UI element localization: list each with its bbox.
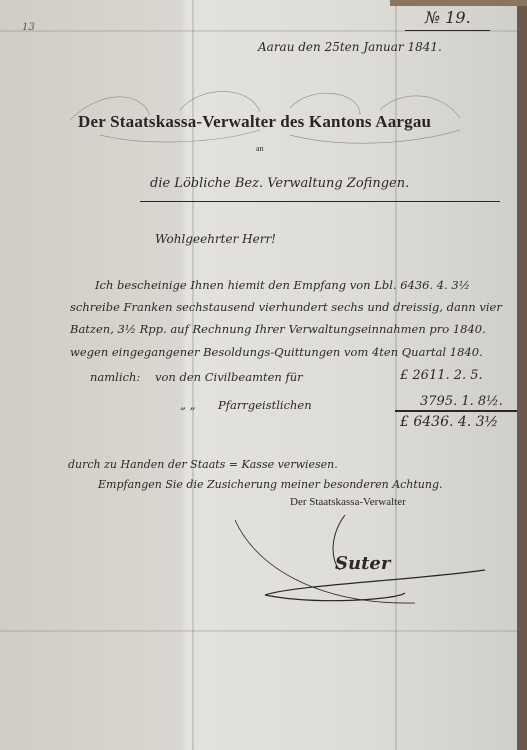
body-line-1: Ich bescheinige Ihnen hiemit den Empfang… — [95, 278, 470, 292]
salutation: Wohlgeehrter Herr! — [155, 232, 276, 246]
item-amount: £ 2611. 2. 5. — [400, 368, 483, 383]
item-prefix: „ „ — [180, 398, 196, 412]
item-label: von den Civilbeamten für — [155, 370, 303, 384]
document-number: № 19. — [425, 8, 471, 27]
body-line-4: wegen eingegangener Besoldungs-Quittunge… — [70, 345, 483, 359]
sum-line — [395, 410, 517, 412]
recipient: die Löbliche Bez. Verwaltung Zofingen. — [150, 176, 409, 191]
closing-line-2: Empfangen Sie die Zusicherung meiner bes… — [98, 478, 443, 491]
body-line-2: schreibe Franken sechstausend vierhunder… — [70, 300, 502, 314]
closing-line-1: durch zu Handen der Staats = Kasse verwi… — [68, 458, 338, 471]
horizontal-fold — [0, 630, 517, 632]
recipient-underline — [140, 201, 500, 202]
item-label: Pfarrgeistlichen — [218, 398, 312, 412]
background-top — [390, 0, 527, 6]
place-date: Aarau den 25ten Januar 1841. — [258, 40, 442, 54]
item-prefix: namlich: — [90, 370, 140, 384]
page-marker: 13 — [22, 22, 35, 33]
number-underline — [405, 30, 490, 31]
body-line-3: Batzen, 3½ Rpp. auf Rechnung Ihrer Verwa… — [70, 322, 486, 336]
heading-to: an — [256, 144, 264, 153]
total-amount: £ 6436. 4. 3½ — [400, 414, 498, 430]
item-amount: 3795. 1. 8½. — [420, 394, 503, 409]
signature: Suter — [335, 553, 390, 574]
signature-title: Der Staatskassa-Verwalter — [290, 496, 406, 508]
document-sheet: 13 № 19. Aarau den 25ten Januar 1841. De… — [0, 0, 517, 750]
background-edge — [517, 0, 527, 750]
flourish-decoration — [60, 90, 480, 150]
